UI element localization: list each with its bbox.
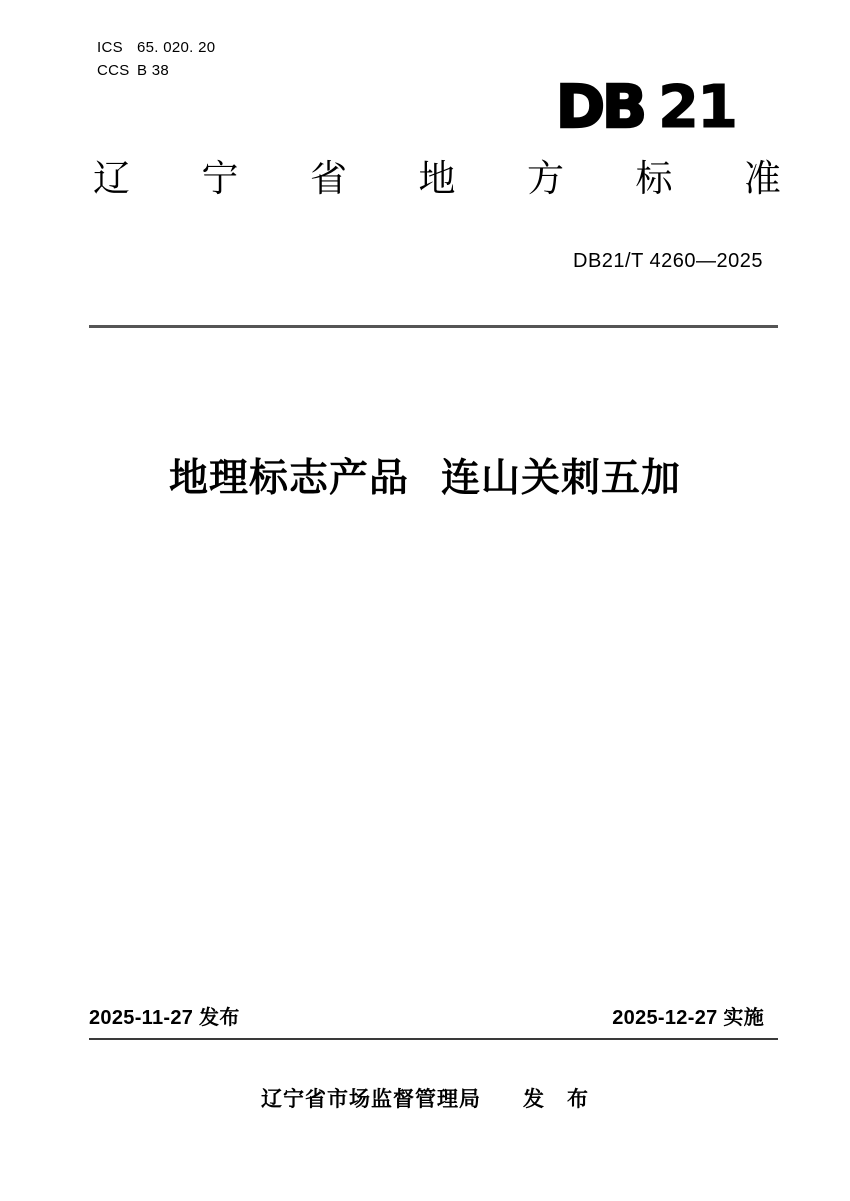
standard-type-char: 宁 [202,156,239,201]
ics-label: ICS [97,36,137,59]
standard-type-char: 辽 [93,156,130,201]
standard-type-char: 地 [419,156,456,201]
publisher-row: 辽宁省市场监督管理局 发 布 [0,1086,850,1114]
classification-codes: ICS 65. 020. 20 CCS B 38 [97,36,215,82]
db21-logo: DB21 [556,77,736,136]
publish-action-label: 发 布 [523,1086,589,1114]
title-part-product-name: 连山关刺五加 [441,455,681,503]
header-divider [89,325,778,328]
standard-type-char: 准 [744,156,781,201]
standard-type-heading: 辽 宁 省 地 方 标 准 [93,156,781,201]
ics-value: 65. 020. 20 [137,36,215,59]
standard-number: DB21/T 4260—2025 [573,250,763,273]
standard-type-char: 方 [527,156,564,201]
standard-type-char: 省 [310,156,347,201]
title-part-product-category: 地理标志产品 [169,455,409,503]
region-code-text: 21 [658,72,736,141]
ics-code-row: ICS 65. 020. 20 [97,36,215,59]
footer-divider [89,1038,778,1040]
ccs-label: CCS [97,59,137,82]
db-logo-text: DB [556,72,644,141]
standard-cover-page: ICS 65. 020. 20 CCS B 38 DB21 辽 宁 省 地 方 … [0,0,850,1201]
document-title: 地理标志产品 连山关刺五加 [0,455,850,503]
standard-type-char: 标 [636,156,673,201]
publisher-name: 辽宁省市场监督管理局 [261,1086,481,1114]
implementation-date: 2025-12-27 实施 [612,1005,764,1031]
ccs-value: B 38 [137,59,169,82]
date-row: 2025-11-27 发布 2025-12-27 实施 [89,1005,764,1031]
ccs-code-row: CCS B 38 [97,59,215,82]
issue-date: 2025-11-27 发布 [89,1005,240,1031]
